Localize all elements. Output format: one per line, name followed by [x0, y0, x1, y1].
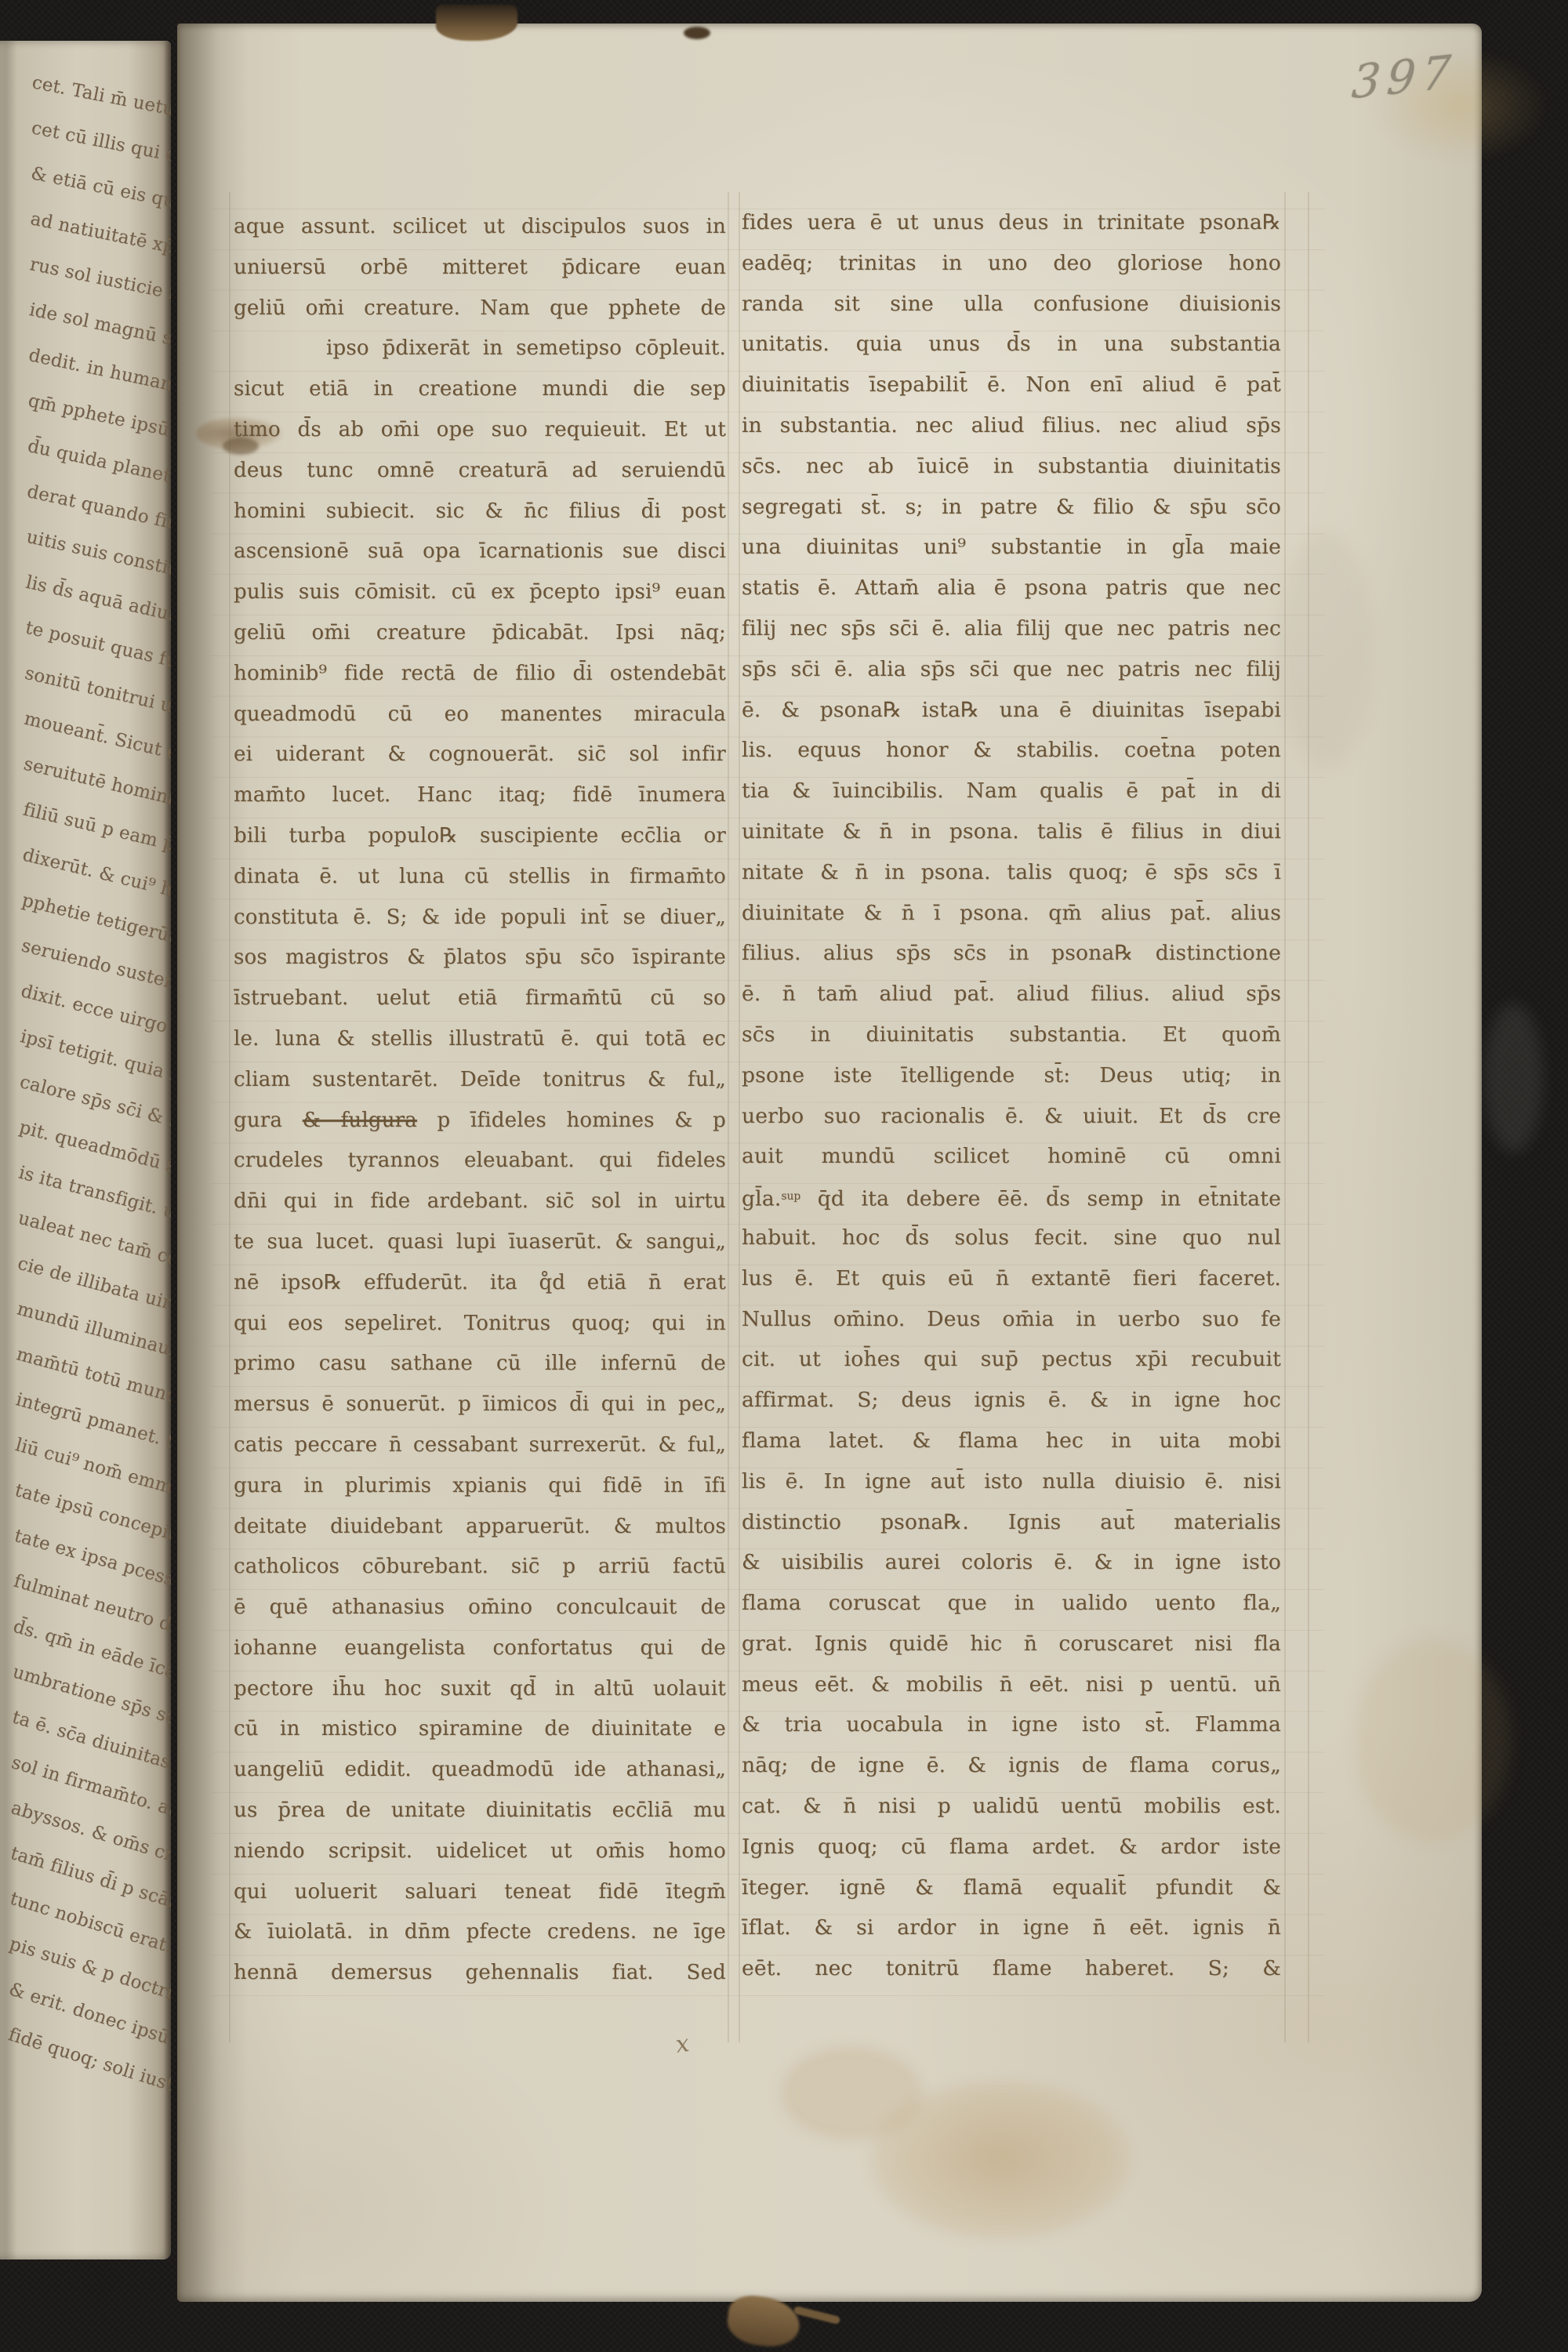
text-line: timo d̄s ab om̄i ope suo requieuit. Et u… — [234, 410, 726, 451]
right-stain — [1353, 1639, 1510, 1842]
folio-number: 397 — [1350, 45, 1459, 110]
text-line: mersus ē sonuerūt. p īimicos d̄i qui in … — [234, 1385, 726, 1425]
previous-folio-edge: cet. Tali m̄ uetus lex cūcet cū illis qu… — [0, 41, 171, 2259]
text-line: iohanne euangelista confortatus qui de — [234, 1628, 726, 1669]
text-line: psone iste ītelligende st̄: Deus utiq; i… — [742, 1055, 1281, 1096]
interlinear-insertion: sup — [781, 1190, 800, 1203]
text-line: ē quē athanasius om̄ino conculcauit de — [234, 1588, 726, 1628]
column-rule — [229, 192, 230, 2042]
text-line: pectore ih̄u hoc suxit qd̄ in altū uolau… — [234, 1669, 726, 1710]
text-line: Nullus om̄ino. Deus om̄ia in uerbo suo f… — [742, 1299, 1281, 1340]
text-line: flama latet. & flama hec in uita mobi — [742, 1421, 1281, 1461]
column-rule — [739, 192, 740, 2042]
text-line: cat. & n̄ nisi p ualidū uentū mobilis es… — [742, 1786, 1281, 1827]
text-line: nē ipso℞ effuderūt. ita q̊d etiā n̄ erat — [234, 1263, 726, 1304]
text-line: habuit. hoc d̄s solus fecit. sine quo nu… — [742, 1218, 1281, 1258]
text-line: pulis suis cōmisit. cū ex p̄cepto ipsi⁹ … — [234, 572, 726, 613]
text-line: hennā demersus gehennalis fiat. Sed — [234, 1953, 726, 1994]
quire-mark: x — [674, 2030, 691, 2059]
text-line: segregati st̄. s; in patre & filio & sp̄… — [742, 487, 1281, 528]
text-line: tia & īuincibilis. Nam qualis ē pat̄ in … — [742, 771, 1281, 811]
text-line: meus eēt. & mobilis n̄ eēt. nisi p uentū… — [742, 1664, 1281, 1705]
text-line: uinitate & n̄ in psona. talis ē filius i… — [742, 811, 1281, 852]
text-line: deitate diuidebant apparuerūt. & multos — [234, 1507, 726, 1548]
text-line: uerbo suo racionalis ē. & uiuit. Et d̄s … — [742, 1096, 1281, 1137]
text-line: qui uoluerit saluari teneat fidē ītegm̄ — [234, 1872, 726, 1913]
text-line: le. luna & stellis illustratū ē. qui tot… — [234, 1019, 726, 1060]
text-line: statis ē. Attam̄ alia ē psona patris que… — [742, 568, 1281, 608]
text-line: nāq; de igne ē. & ignis de flama corus„ — [742, 1745, 1281, 1786]
text-line: īteger. ignē & flamā equalit̄ pfundit & — [742, 1867, 1281, 1908]
text-line: randa sit sine ulla confusione diuisioni… — [742, 284, 1281, 325]
text-line: geliū om̄i creature. Nam que pphete de — [234, 289, 726, 329]
text-line: constituta ē. S; & ide populi int̄ se di… — [234, 898, 726, 938]
text-line: cliam sustentarēt. Deīde tonitrus & ful„ — [234, 1060, 726, 1101]
text-line: affirmat. S; deus ignis ē. & in igne hoc — [742, 1380, 1281, 1421]
text-line: primo casu sathane cū ille infernū de — [234, 1344, 726, 1385]
text-line: eadēq; trinitas in uno deo gloriose hono — [742, 243, 1281, 284]
text-column-right: fides uera ē ut unus deus in trinitate p… — [742, 202, 1281, 1989]
text-line: dn̄i qui in fide ardebant. sic̄ sol in u… — [234, 1181, 726, 1222]
text-line: auit mundū scilicet hominē cū omni — [742, 1136, 1281, 1177]
text-line: catis peccare n̄ cessabant surrexerūt. &… — [234, 1425, 726, 1466]
text-line: lus ē. Et quis eū n̄ extantē fieri facer… — [742, 1258, 1281, 1299]
text-line: catholicos cōburebant. sic̄ p arriū fact… — [234, 1547, 726, 1588]
column-rule — [1284, 192, 1286, 2042]
faint-stain — [1279, 533, 1373, 768]
sewing-tab — [436, 5, 517, 41]
text-line: diuinitatis īsepabilit̄ ē. Non enī aliud… — [742, 365, 1281, 405]
text-line: īstruebant. uelut etiā firmam̄tū cū so — [234, 978, 726, 1019]
text-line: ascensionē suā opa īcarnationis sue disc… — [234, 532, 726, 572]
text-line: te sua lucet. quasi lupi īuaserūt. & san… — [234, 1222, 726, 1263]
text-line: filius. alius sp̄s sc̄s in psona℞ distin… — [742, 933, 1281, 974]
text-line: filij nec sp̄s sc̄i ē. alia filij que ne… — [742, 608, 1281, 649]
text-line: sc̄s. nec ab īuicē in substantia diuinit… — [742, 446, 1281, 487]
text-line: bili turba populo℞ suscipiente ecc̄lia o… — [234, 816, 726, 857]
column-rule — [728, 192, 729, 2042]
manuscript-page: 397 aque assunt. scilicet ut discipulos … — [177, 24, 1482, 2302]
text-line: ē. & psona℞ ista℞ una ē diuinitas īsepab… — [742, 690, 1281, 731]
text-line: unitatis. quia unus d̄s in una substanti… — [742, 324, 1281, 365]
text-line: gl̄a.sup q̄d ita debere ēē. d̄s semp in … — [742, 1177, 1281, 1218]
text-line: sc̄s in diuinitatis substantia. Et quom̄ — [742, 1014, 1281, 1055]
text-line: cū in mistico spiramine de diuinitate e — [234, 1709, 726, 1750]
text-line: fides uera ē ut unus deus in trinitate p… — [742, 202, 1281, 243]
text-line: uangeliū edidit. queadmodū ide athanasi„ — [234, 1750, 726, 1791]
text-line: aque assunt. scilicet ut discipulos suos… — [234, 207, 726, 248]
text-line: crudeles tyrannos eleuabant. qui fideles — [234, 1141, 726, 1181]
text-line: geliū om̄i creature p̄dicabāt. Ipsi nāq; — [234, 613, 726, 654]
text-line: deus tunc omnē creaturā ad seruiendū — [234, 451, 726, 492]
sewing-spot — [684, 27, 710, 39]
text-line: flama coruscat que in ualido uento fla„ — [742, 1583, 1281, 1624]
text-line: gura & fulgura p īfideles homines & p — [234, 1101, 726, 1142]
text-line: gura in plurimis xpianis qui fidē in īfi — [234, 1466, 726, 1507]
previous-folio-text: cet. Tali m̄ uetus lex cūcet cū illis qu… — [0, 53, 171, 2054]
text-line: niendo scripsit. uidelicet ut om̄is homo — [234, 1831, 726, 1872]
bottom-stain — [781, 2046, 922, 2140]
text-line: & tria uocabula in igne isto st̄. Flamma — [742, 1704, 1281, 1745]
text-line: sicut etiā in creatione mundi die sep — [234, 369, 726, 410]
text-line: lis ē. In igne aut̄ isto nulla diuisio ē… — [742, 1461, 1281, 1502]
text-line: dinata ē. ut luna cū stellis in firmam̄t… — [234, 857, 726, 898]
text-line: in substantia. nec aliud filius. nec ali… — [742, 405, 1281, 446]
text-line: queadmodū cū eo manentes miracula — [234, 695, 726, 735]
text-line: distinctio psona℞. Ignis aut̄ materialis — [742, 1502, 1281, 1543]
dust-smudge — [1484, 1004, 1543, 1152]
text-line: us p̄rea de unitate diuinitatis ecc̄liā … — [234, 1791, 726, 1831]
text-line: grat. Ignis quidē hic n̄ coruscaret nisi… — [742, 1624, 1281, 1664]
text-line: cit. ut ioh̄es qui sup̄ pectus xp̄i recu… — [742, 1339, 1281, 1380]
text-line: ipso p̄dixerāt in semetipso cōpleuit. — [234, 328, 726, 369]
text-line: īflat. & si ardor in igne n̄ eēt. ignis … — [742, 1907, 1281, 1948]
text-line: eēt. nec tonitrū flame haberet. S; & — [742, 1948, 1281, 1989]
text-line: diuinitate & n̄ ī psona. qm̄ alius pat̄.… — [742, 893, 1281, 934]
text-line: lis. equus honor & stabilis. coet̄na pot… — [742, 730, 1281, 771]
column-rule — [1308, 192, 1309, 2042]
text-line: ei uiderant & cognouerāt. sic̄ sol infir — [234, 735, 726, 775]
text-line: hominib⁹ fide rectā de filio d̄i ostende… — [234, 654, 726, 695]
text-line: ē. n̄ tam̄ aliud pat̄. aliud filius. ali… — [742, 974, 1281, 1014]
text-line: uniuersū orbē mitteret p̄dicare euan — [234, 248, 726, 289]
text-line: sp̄s sc̄i ē. alia sp̄s sc̄i que nec patr… — [742, 649, 1281, 690]
text-line: & īuiolatā. in dn̄m pfecte credens. ne ī… — [234, 1912, 726, 1953]
text-line: Ignis quoq; cū flama ardet. & ardor iste — [742, 1827, 1281, 1867]
text-line: una diuinitas uni⁹ substantie in gl̄a ma… — [742, 527, 1281, 568]
struck-text: & fulgura — [303, 1109, 417, 1132]
text-line: homini subiecit. sic & n̄c filius d̄i po… — [234, 492, 726, 532]
text-column-left: aque assunt. scilicet ut discipulos suos… — [234, 207, 726, 1994]
text-line: nitate & n̄ in psona. talis quoq; ē sp̄s… — [742, 852, 1281, 893]
text-line: & uisibilis aurei coloris ē. & in igne i… — [742, 1542, 1281, 1583]
text-line: mam̄to lucet. Hanc itaq; fidē īnumera — [234, 775, 726, 816]
text-line: sos magistros & p̄latos sp̄u sc̄o īspira… — [234, 938, 726, 978]
text-line: qui eos sepeliret. Tonitrus quoq; qui in — [234, 1304, 726, 1345]
